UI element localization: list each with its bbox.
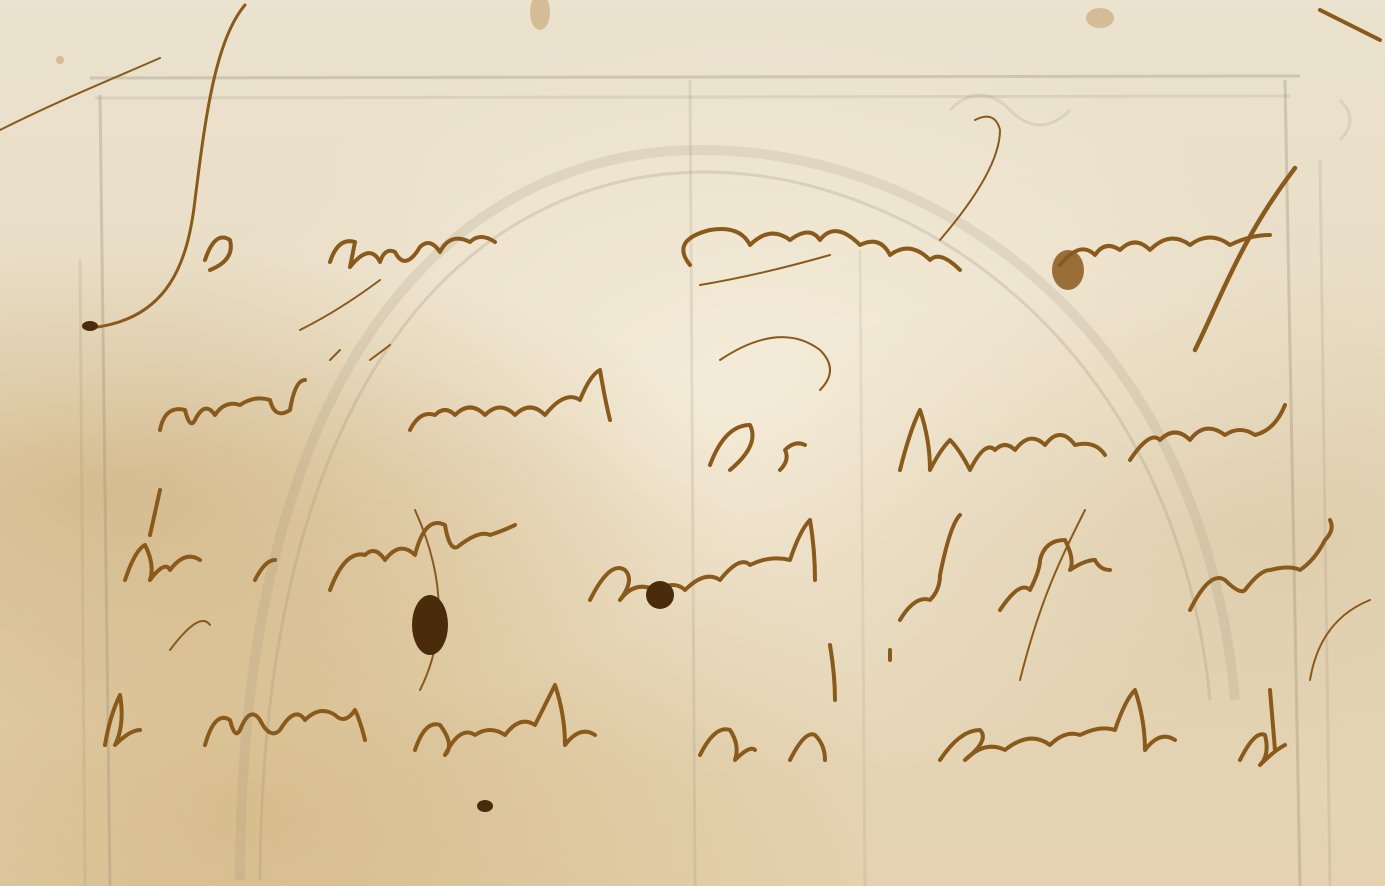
line-1-ink (205, 10, 1380, 350)
line-1: Io ausonio Bremchos confesso (160, 230, 467, 254)
manuscript-page: Io ausonio Bremchos confesso aver receut… (0, 0, 1385, 886)
line-4: di mese pasato a di 20 e vinte di (100, 720, 428, 744)
line-3: che si contano quanto di spesa per (120, 560, 473, 584)
line-2: aver receute di sharei[e]se amar (160, 405, 491, 429)
handwriting (0, 0, 1385, 886)
line-3-ink (125, 490, 1332, 680)
ink-blot (412, 595, 448, 655)
line-2-ink (160, 337, 1285, 470)
